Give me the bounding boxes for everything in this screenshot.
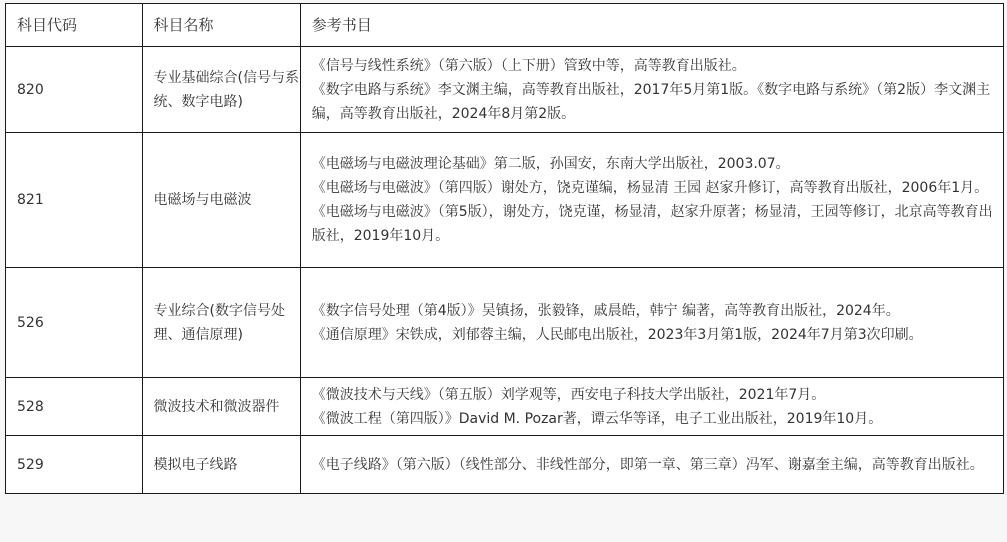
table-row: 821 电磁场与电磁波 《电磁场与电磁波理论基础》第二版，孙国安，东南大学出版社… — [6, 133, 1004, 268]
reference-entry: 《微波技术与天线》（第五版）刘学观等，西安电子科技大学出版社，2021年7月。 — [312, 383, 1003, 407]
subject-code-cell: 529 — [6, 436, 143, 494]
header-subject-name: 科目名称 — [142, 4, 300, 47]
subject-name-cell: 微波技术和微波器件 — [142, 378, 300, 436]
reference-entry: 《电子线路》（第六版）（线性部分、非线性部分，即第一章、第三章）冯军、谢嘉奎主编… — [312, 453, 1003, 477]
reference-entry: 《信号与线性系统》（第六版）（上下册）管致中等，高等教育出版社。 — [312, 54, 1003, 78]
table-row: 526 专业综合(数字信号处理、通信原理) 《数字信号处理（第4版）》吴镇扬，张… — [6, 268, 1004, 378]
subject-name-cell: 专业综合(数字信号处理、通信原理) — [142, 268, 300, 378]
reference-entry: 《微波工程（第四版）》David M. Pozar著，谭云华等译，电子工业出版社… — [312, 407, 1003, 431]
reference-cell: 《数字信号处理（第4版）》吴镇扬，张毅锋，戚晨皓，韩宁 编著，高等教育出版社，2… — [300, 268, 1003, 378]
header-reference-books: 参考书目 — [300, 4, 1003, 47]
subject-code-cell: 526 — [6, 268, 143, 378]
reference-entry: 《数字信号处理（第4版）》吴镇扬，张毅锋，戚晨皓，韩宁 编著，高等教育出版社，2… — [312, 299, 1003, 323]
subject-name-cell: 专业基础综合(信号与系统、数字电路) — [142, 47, 300, 133]
subject-code-cell: 820 — [6, 47, 143, 133]
header-subject-code: 科目代码 — [6, 4, 143, 47]
reference-entry: 《数字电路与系统》李文渊主编，高等教育出版社，2017年5月第1版。《数字电路与… — [312, 78, 1003, 126]
reference-books-table: 科目代码 科目名称 参考书目 820 专业基础综合(信号与系统、数字电路) 《信… — [5, 3, 1004, 494]
reference-cell: 《微波技术与天线》（第五版）刘学观等，西安电子科技大学出版社，2021年7月。 … — [300, 378, 1003, 436]
table-row: 820 专业基础综合(信号与系统、数字电路) 《信号与线性系统》（第六版）（上下… — [6, 47, 1004, 133]
subject-code-cell: 528 — [6, 378, 143, 436]
reference-cell: 《信号与线性系统》（第六版）（上下册）管致中等，高等教育出版社。 《数字电路与系… — [300, 47, 1003, 133]
subject-name-cell: 模拟电子线路 — [142, 436, 300, 494]
reference-entry: 《电磁场与电磁波》（第5版），谢处方，饶克谨，杨显清，赵家升原著；杨显清，王园等… — [312, 200, 1003, 248]
reference-cell: 《电磁场与电磁波理论基础》第二版，孙国安，东南大学出版社，2003.07。 《电… — [300, 133, 1003, 268]
table-header-row: 科目代码 科目名称 参考书目 — [6, 4, 1004, 47]
subject-name-cell: 电磁场与电磁波 — [142, 133, 300, 268]
table-row: 528 微波技术和微波器件 《微波技术与天线》（第五版）刘学观等，西安电子科技大… — [6, 378, 1004, 436]
table-row: 529 模拟电子线路 《电子线路》（第六版）（线性部分、非线性部分，即第一章、第… — [6, 436, 1004, 494]
reference-cell: 《电子线路》（第六版）（线性部分、非线性部分，即第一章、第三章）冯军、谢嘉奎主编… — [300, 436, 1003, 494]
reference-entry: 《通信原理》宋铁成，刘郁蓉主编，人民邮电出版社，2023年3月第1版，2024年… — [312, 323, 1003, 347]
reference-entry: 《电磁场与电磁波理论基础》第二版，孙国安，东南大学出版社，2003.07。 — [312, 152, 1003, 176]
reference-entry: 《电磁场与电磁波》（第四版）谢处方，饶克谨编，杨显清 王园 赵家升修订，高等教育… — [312, 176, 1003, 200]
subject-code-cell: 821 — [6, 133, 143, 268]
